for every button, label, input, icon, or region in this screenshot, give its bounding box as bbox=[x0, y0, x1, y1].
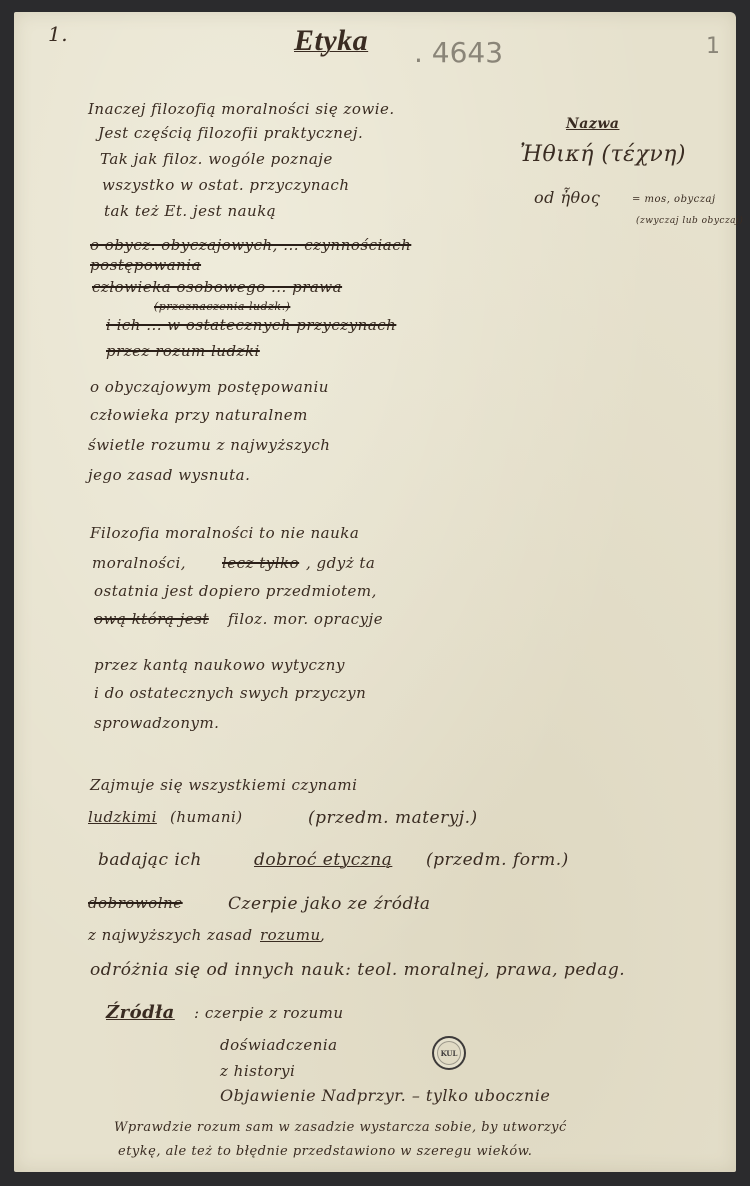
text-underlined: ludzkimi bbox=[88, 808, 157, 826]
catalog-number: . 4643 bbox=[414, 36, 503, 69]
text-line: Czerpie jako ze źródła bbox=[228, 894, 431, 914]
manuscript-page: 1. Etyka . 4643 1 Inaczej filozofią mora… bbox=[14, 12, 736, 1172]
page-number-left: 1. bbox=[48, 22, 68, 46]
stamp-text: KUL bbox=[441, 1049, 458, 1058]
margin-note-heading: Nazwa bbox=[566, 116, 619, 132]
sources-item: z historyi bbox=[220, 1062, 295, 1080]
text-line: przez kantą naukowo wytyczny bbox=[94, 656, 345, 674]
text-line: jego zasad wysnuta. bbox=[88, 466, 250, 484]
footer-note-line: etykę, ale też to błędnie przedstawiono … bbox=[118, 1144, 532, 1159]
text-line: sprowadzonym. bbox=[94, 714, 219, 732]
text-line: Zajmuje się wszystkiemi czynami bbox=[90, 776, 357, 794]
struck-text-line: przez rozum ludzki bbox=[106, 342, 260, 360]
text-line: Tak jak filoz. wogóle poznaje bbox=[100, 150, 333, 168]
margin-note-gloss2: (zwyczaj lub obyczaj) bbox=[636, 216, 743, 226]
text-line: badając ich bbox=[98, 850, 202, 870]
text-line: , bbox=[320, 926, 325, 944]
library-stamp: KUL bbox=[432, 1036, 466, 1070]
text-line: (przedm. materyj.) bbox=[308, 808, 478, 828]
footer-note-line: Wprawdzie rozum sam w zasadzie wystarcza… bbox=[114, 1120, 567, 1135]
text-line: i do ostatecznych swych przyczyn bbox=[94, 684, 366, 702]
text-line: o obyczajowym postępowaniu bbox=[90, 378, 329, 396]
text-line: człowieka przy naturalnem bbox=[90, 406, 308, 424]
document-title: Etyka bbox=[294, 24, 368, 58]
text-underlined: rozumu bbox=[260, 926, 321, 944]
text-line: świetle rozumu z najwyższych bbox=[88, 436, 330, 454]
margin-note-gloss: = mos, obyczaj bbox=[632, 194, 716, 205]
margin-note-greek-term: Ἠθική (τέχνη) bbox=[520, 142, 686, 167]
sources-item: : czerpie z rozumu bbox=[194, 1004, 344, 1022]
page-number-right: 1 bbox=[706, 34, 720, 59]
text-line: ostatnia jest dopiero przedmiotem, bbox=[94, 582, 377, 600]
struck-text-line: o obycz. obyczajowych, ... czynnościach bbox=[90, 236, 590, 254]
struck-text-line: i ich ... w ostatecznych przyczynach bbox=[106, 316, 396, 334]
text-line: Inaczej filozofią moralności się zowie. bbox=[88, 100, 395, 118]
text-line: , gdyż ta bbox=[306, 554, 375, 572]
text-line: wszystko w ostat. przyczynach bbox=[102, 176, 350, 194]
text-underlined: dobroć etyczną bbox=[254, 850, 392, 870]
text-line: Jest częścią filozofii praktycznej. bbox=[98, 124, 363, 142]
text-line: (humani) bbox=[170, 808, 243, 826]
struck-text: ową którą jest bbox=[94, 610, 209, 628]
struck-text-line: człowieka osobowego ... prawa bbox=[92, 278, 342, 296]
text-line: (przedm. form.) bbox=[426, 850, 569, 870]
sources-item: doświadczenia bbox=[220, 1036, 338, 1054]
text-line: filoz. mor. opracyje bbox=[228, 610, 383, 628]
sources-item: Objawienie Nadprzyr. – tylko ubocznie bbox=[220, 1086, 550, 1105]
struck-text-line: postępowania bbox=[90, 256, 201, 274]
text-line: z najwyższych zasad bbox=[88, 926, 253, 944]
text-line: moralności, bbox=[92, 554, 186, 572]
margin-note-greek-root: od ἦθος bbox=[534, 188, 600, 207]
sources-label: Źródła bbox=[106, 1002, 175, 1023]
struck-text: dobrowolne bbox=[88, 894, 183, 912]
struck-text-line: (przeznaczenia ludzk.) bbox=[154, 300, 290, 313]
struck-text: lecz tylko bbox=[222, 554, 299, 572]
text-line: Filozofia moralności to nie nauka bbox=[90, 524, 359, 542]
text-line: tak też Et. jest nauką bbox=[104, 202, 276, 220]
text-line: odróżnia się od innych nauk: teol. moral… bbox=[90, 960, 625, 980]
